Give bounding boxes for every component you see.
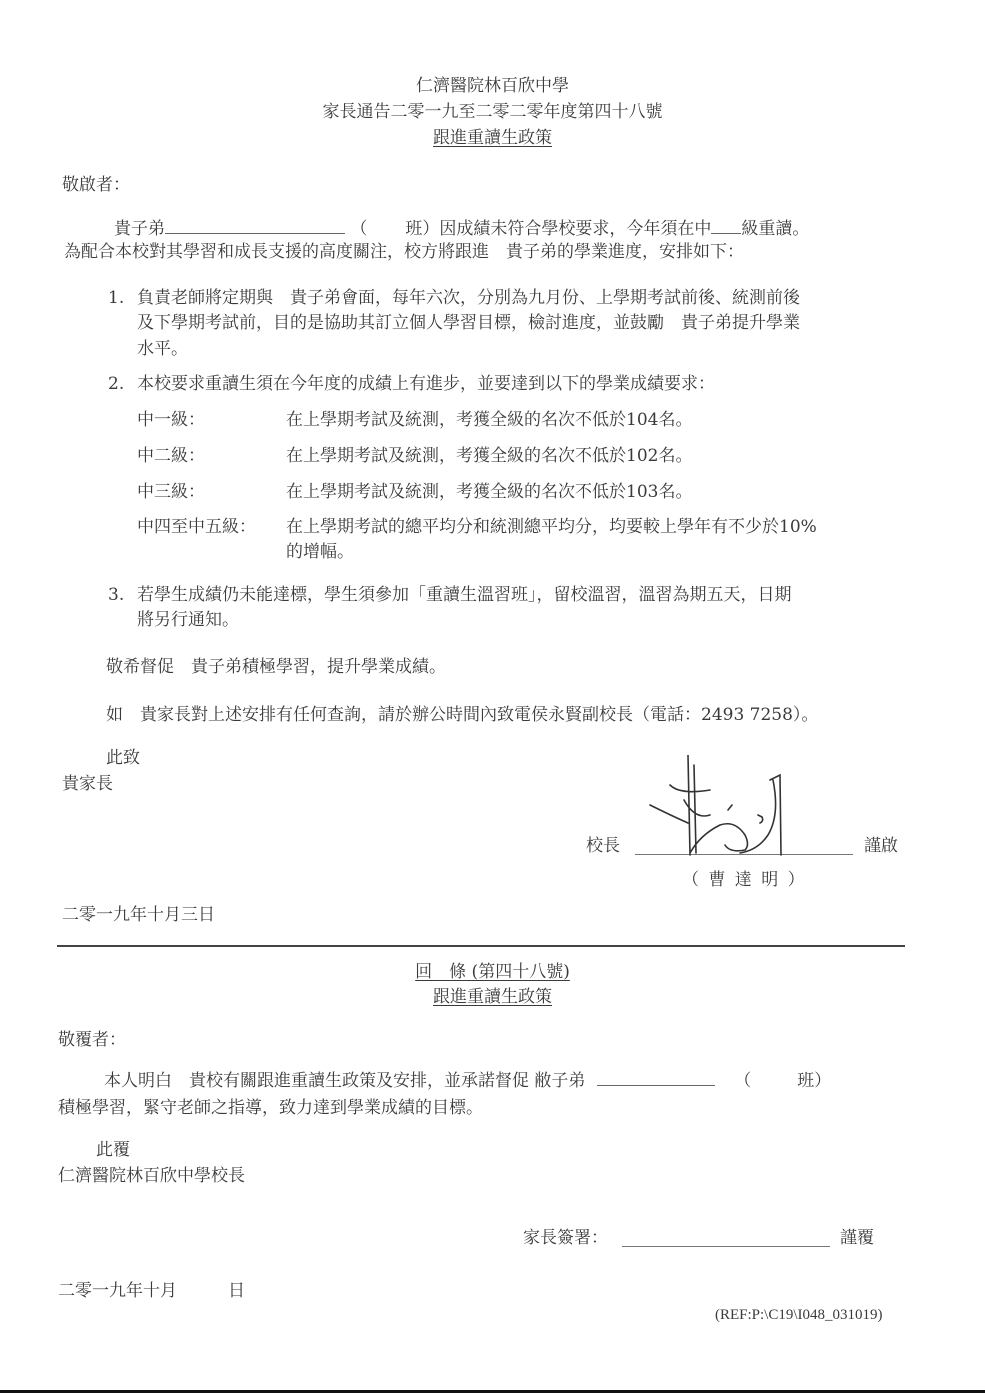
intro-suffix: 級重讀。: [741, 219, 809, 239]
closing-2: 貴家長: [62, 774, 113, 794]
tear-off-divider: [57, 945, 905, 947]
parent-signature-closing: 謹覆: [840, 1228, 874, 1248]
item-1-line-3: 水平。: [137, 339, 188, 359]
class-label: 班）因成績未符合學校要求，今年須在中: [405, 219, 711, 239]
item-3-number: 3.: [108, 585, 124, 605]
intro-prefix: 貴子弟: [114, 219, 165, 239]
signer-title: 校長: [586, 836, 620, 856]
notice-number: 家長通告二零一九至二零二零年度第四十八號: [0, 102, 985, 122]
signer-name: （ 曹 達 明 ）: [682, 870, 807, 890]
enquiry-text: 如 貴家長對上述安排有任何查詢，請於辦公時間內致電侯永賢副校長（電話：2493 …: [106, 705, 818, 725]
requirement-level: 中二級：: [137, 446, 205, 466]
item-3-line-1: 若學生成績仍未能達標，學生須參加「重讀生溫習班」，留校溫習，溫習為期五天，日期: [137, 585, 792, 605]
reply-body-line-1: 本人明白 貴校有關跟進重讀生政策及安排，並承諾督促 敝子弟 （班）: [104, 1070, 831, 1091]
form-level-blank[interactable]: [711, 218, 741, 234]
page-title: 跟進重讀生政策: [0, 128, 985, 148]
reply-class-close: 班）: [797, 1071, 831, 1091]
reply-closing-2: 仁濟醫院林百欣中學校長: [58, 1166, 245, 1186]
closing-1: 此致: [106, 748, 140, 768]
reply-date: 二零一九年十月 日: [58, 1281, 245, 1301]
item-1-line-2: 及下學期考試前，目的是協助其訂立個人學習目標，檢討進度，並鼓勵 貴子弟提升學業: [137, 313, 800, 333]
student-name-blank[interactable]: [165, 218, 345, 234]
requirement-text: 在上學期考試及統測，考獲全級的名次不低於102名。: [286, 446, 692, 466]
intro-line-2: 為配合本校對其學習和成長支援的高度關注，校方將跟進 貴子弟的學業進度，安排如下：: [64, 242, 744, 262]
item-1-number: 1.: [108, 288, 124, 308]
requirement-text: 在上學期考試及統測，考獲全級的名次不低於103名。: [286, 482, 692, 502]
item-1-line-1: 負責老師將定期與 貴子弟會面，每年六次，分別為九月份、上學期考試前後、統測前後: [137, 288, 800, 308]
requirement-level: 中一級：: [137, 410, 205, 430]
salutation: 敬啟者：: [62, 175, 130, 195]
signer-closing: 謹啟: [864, 836, 898, 856]
requirement-text: 在上學期考試及統測，考獲全級的名次不低於104名。: [286, 410, 692, 430]
item-3-line-2: 將另行通知。: [137, 610, 239, 630]
reference-code: (REF:P:\C19\I048_031019): [715, 1306, 883, 1324]
reply-body-line-2: 積極學習，緊守老師之指導，致力達到學業成績的目標。: [58, 1098, 483, 1118]
requirement-level: 中四至中五級：: [137, 517, 256, 537]
requirement-text-cont: 的增幅。: [286, 542, 354, 562]
reply-slip-title: 回 條 (第四十八號): [0, 962, 985, 982]
school-name: 仁濟醫院林百欣中學: [0, 76, 985, 96]
requirement-level: 中三級：: [137, 482, 205, 502]
intro-line-1: 貴子弟 （班）因成績未符合學校要求，今年須在中級重讀。: [114, 218, 809, 239]
parent-signature-field[interactable]: [622, 1246, 830, 1247]
reply-student-name-blank[interactable]: [597, 1070, 715, 1086]
reply-salutation: 敬覆者：: [58, 1030, 126, 1050]
item-2-line-1: 本校要求重讀生須在今年度的成績上有進步，並要達到以下的學業成績要求：: [137, 374, 715, 394]
requirement-text: 在上學期考試的總平均分和統測總平均分，均要較上學年有不少於10%: [286, 517, 817, 537]
reply-slip-subtitle: 跟進重讀生政策: [0, 987, 985, 1007]
item-2-number: 2.: [108, 374, 124, 394]
letter-date: 二零一九年十月三日: [62, 905, 215, 925]
principal-signature: [640, 755, 800, 860]
reply-body-prefix: 本人明白 貴校有關跟進重讀生政策及安排，並承諾督促 敝子弟: [104, 1071, 585, 1091]
parent-signature-label: 家長簽署：: [523, 1228, 608, 1248]
reply-class-open: （: [734, 1071, 751, 1091]
reply-closing-1: 此覆: [96, 1140, 130, 1160]
encourage-text: 敬希督促 貴子弟積極學習，提升學業成績。: [106, 657, 446, 677]
class-open: （: [350, 219, 367, 239]
